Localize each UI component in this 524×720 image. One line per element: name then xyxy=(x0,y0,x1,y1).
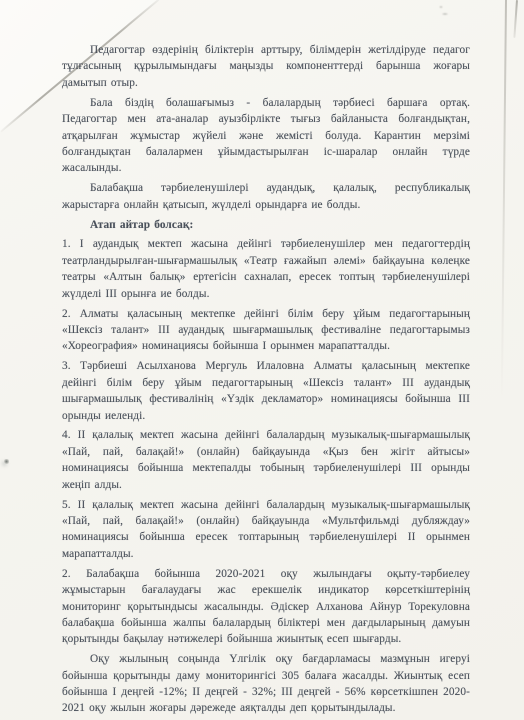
paragraph-online-contests: Балабақша тәрбиеленушілері аудандық, қал… xyxy=(62,180,470,213)
list-item-2: 2. Алматы қаласының мектепке дейінгі біл… xyxy=(62,306,470,355)
document-body: Педагогтар өздерінің біліктерін арттыру,… xyxy=(62,42,470,720)
list-item-4: 4. ІІ қалалық мектеп жасына дейінгі бала… xyxy=(62,427,470,493)
paragraph-parents-cooperation: Бала біздің болашағымыз - балалардың тәр… xyxy=(62,95,470,177)
list-item-monitoring: 2. Балабақша бойынша 2020-2021 оқу жылын… xyxy=(62,566,470,648)
ink-speck xyxy=(4,459,9,464)
list-item-3: 3. Тәрбиеші Асылханова Мергуль Илаловна … xyxy=(62,358,470,424)
list-item-5: 5. ІІ қалалық мектеп жасына дейінгі бала… xyxy=(62,497,470,563)
pencil-smudge xyxy=(436,3,454,19)
page-right-edge xyxy=(501,0,507,400)
paragraph-teacher-development: Педагогтар өздерінің біліктерін арттыру,… xyxy=(62,42,470,91)
paragraph-conclusion: Оқу жылының соңында Үлгілік оқу бағдарла… xyxy=(62,651,470,717)
section-heading: Атап айтар болсақ: xyxy=(62,217,470,233)
scanned-page: Педагогтар өздерінің біліктерін арттыру,… xyxy=(0,0,524,720)
list-item-1: 1. І аудандық мектеп жасына дейінгі тәрб… xyxy=(62,236,470,302)
page-right-edge-top xyxy=(513,0,518,38)
